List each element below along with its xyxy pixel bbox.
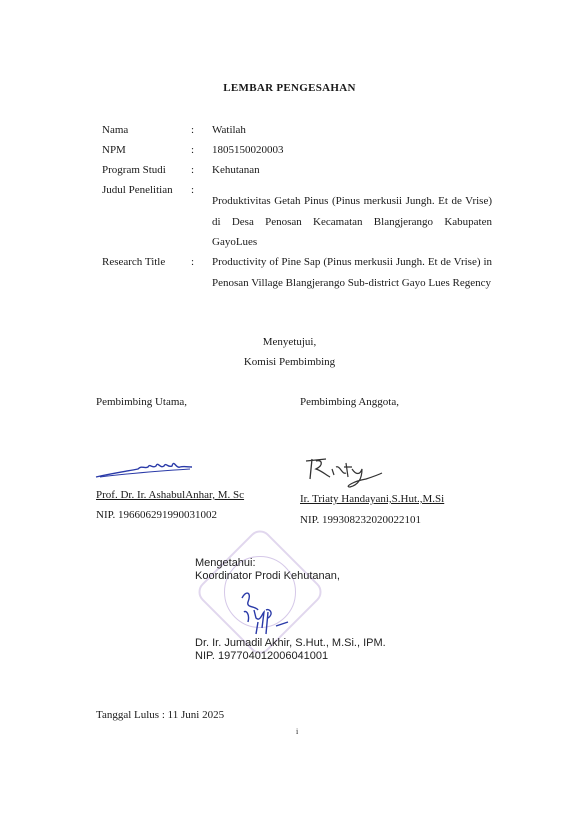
member-supervisor-name: Ir. Triaty Handayani,S.Hut.,M.Si [300, 493, 444, 505]
graduation-date: Tanggal Lulus : 11 Juni 2025 [96, 709, 224, 721]
page-title: LEMBAR PENGESAHAN [0, 82, 579, 94]
field-value-judul-penelitian: Produktivitas Getah Pinus (Pinus merkusi… [212, 191, 492, 253]
field-separator: : [191, 140, 194, 160]
field-value-npm: 1805150020003 [212, 140, 492, 160]
field-value-program-studi: Kehutanan [212, 160, 492, 180]
main-supervisor-role: Pembimbing Utama, [96, 396, 187, 408]
field-separator: : [191, 180, 194, 200]
main-supervisor-name: Prof. Dr. Ir. AshabulAnhar, M. Sc [96, 489, 244, 501]
field-separator: : [191, 160, 194, 180]
coordinator-nip: NIP. 197704012006041001 [195, 650, 328, 663]
field-label-research-title: Research Title [102, 252, 165, 272]
coordinator-line2: Koordinator Prodi Kehutanan, [195, 570, 340, 583]
field-label-judul-penelitian: Judul Penelitian [102, 180, 173, 200]
field-separator: : [191, 120, 194, 140]
field-label-program-studi: Program Studi [102, 160, 166, 180]
field-value-research-title: Productivity of Pine Sap (Pinus merkusii… [212, 252, 492, 293]
coordinator-line1: Mengetahui: [195, 557, 256, 570]
field-value-nama: Watilah [212, 120, 492, 140]
field-separator: : [191, 252, 194, 272]
approval-line1: Menyetujui, [0, 336, 579, 348]
signature-black-icon [300, 455, 390, 489]
member-supervisor-nip: NIP. 199308232020022101 [300, 514, 421, 526]
page-number: i [296, 727, 298, 736]
signature-blue-icon [94, 455, 198, 481]
approval-line2: Komisi Pembimbing [0, 356, 579, 368]
field-label-nama: Nama [102, 120, 128, 140]
signature-coordinator-icon [236, 588, 296, 636]
main-supervisor-nip: NIP. 196606291990031002 [96, 509, 217, 521]
field-label-npm: NPM [102, 140, 126, 160]
coordinator-name: Dr. Ir. Jumadil Akhir, S.Hut., M.Si., IP… [195, 637, 386, 650]
member-supervisor-role: Pembimbing Anggota, [300, 396, 399, 408]
